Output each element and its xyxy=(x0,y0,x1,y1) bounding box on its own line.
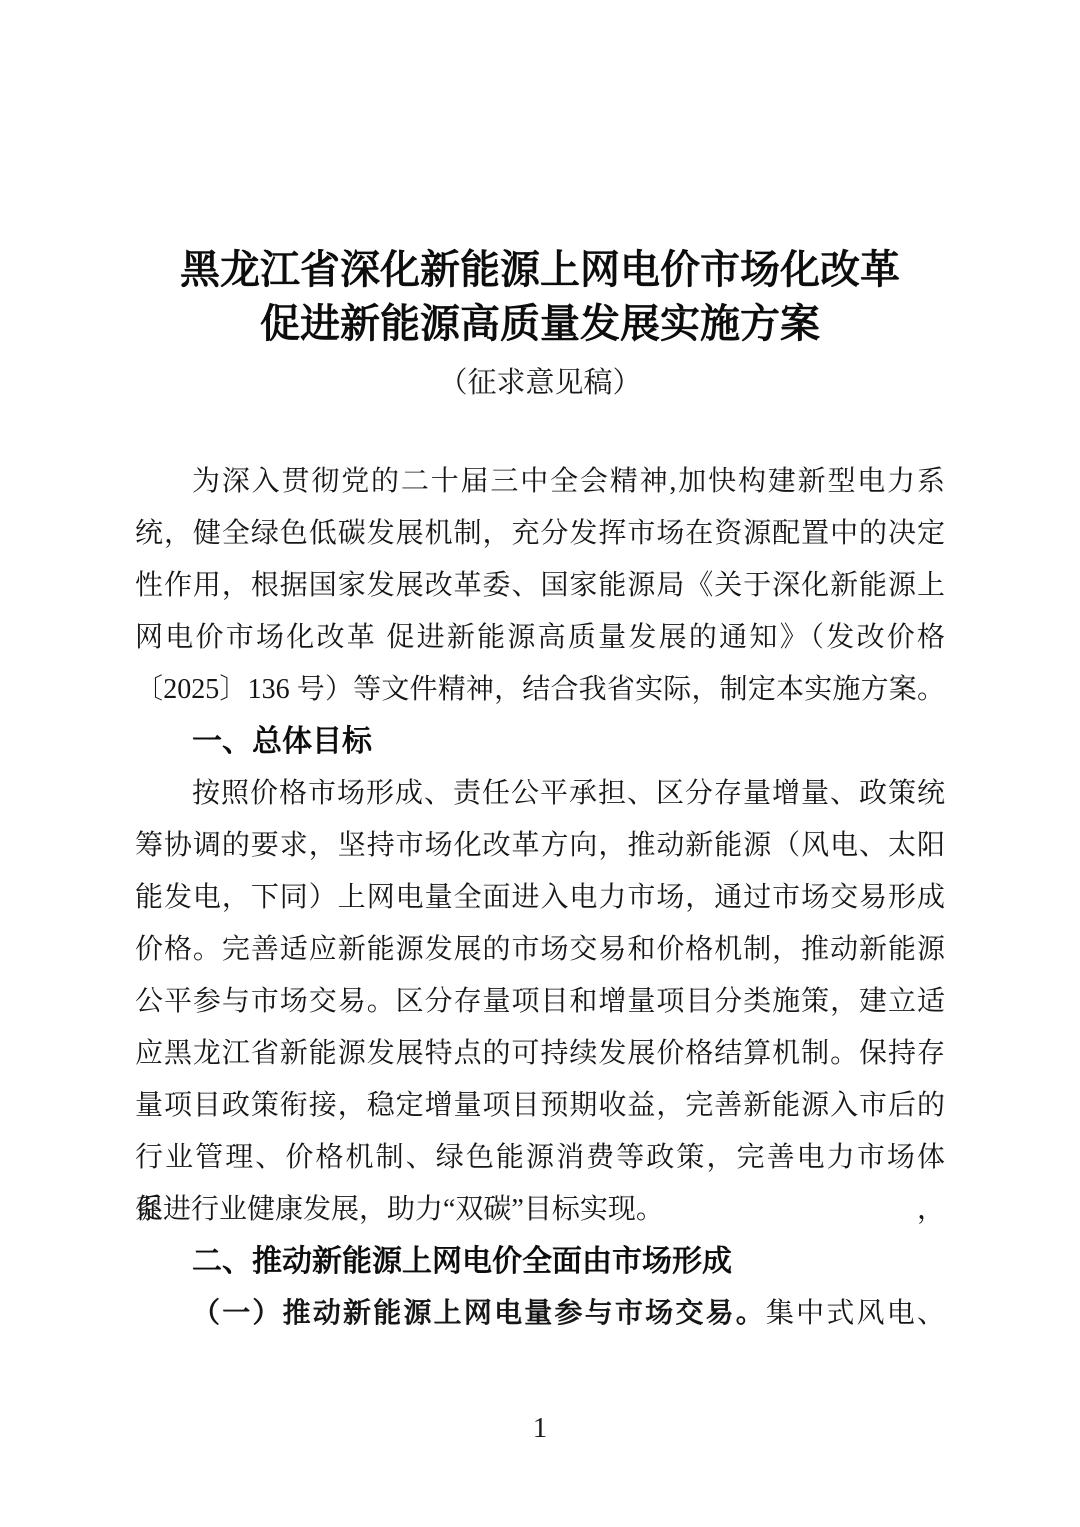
text-segment: 性作用，根据国家发展改革委、国家能源局《关于深化新能源上 xyxy=(135,570,945,601)
page-footer: 1 xyxy=(0,1408,1080,1448)
body-text-line: 行业管理、价格机制、绿色能源消费等政策，完善电力市场体系， xyxy=(135,1132,945,1184)
page-number: 1 xyxy=(533,1412,548,1444)
body-text-line: 应黑龙江省新能源发展特点的可持续发展价格结算机制。保持存 xyxy=(135,1028,945,1080)
body-text-line: 为深入贯彻党的二十届三中全会精神,加快构建新型电力系 xyxy=(135,456,945,508)
text-segment: 〔2025〕136 号）等文件精神，结合我省实际，制定本实施方案。 xyxy=(135,674,945,705)
text-segment: 促进行业健康发展，助力“双碳”目标实现。 xyxy=(135,1194,664,1225)
document-page: 黑龙江省深化新能源上网电价市场化改革 促进新能源高质量发展实施方案 （征求意见稿… xyxy=(0,0,1080,1527)
body-text-line: 〔2025〕136 号）等文件精神，结合我省实际，制定本实施方案。 xyxy=(135,664,945,716)
body-text-line: 公平参与市场交易。区分存量项目和增量项目分类施策，建立适 xyxy=(135,976,945,1028)
document-title-block: 黑龙江省深化新能源上网电价市场化改革 促进新能源高质量发展实施方案 （征求意见稿… xyxy=(0,243,1080,408)
text-segment: 网电价市场化改革 促进新能源高质量发展的通知》（发改价格 xyxy=(135,622,945,653)
document-title-line-1: 黑龙江省深化新能源上网电价市场化改革 xyxy=(0,243,1080,297)
section-heading: 一、总体目标 xyxy=(135,716,945,768)
body-text-line: 统，健全绿色低碳发展机制，充分发挥市场在资源配置中的决定 xyxy=(135,508,945,560)
document-subtitle: （征求意见稿） xyxy=(0,358,1080,408)
section-heading: 二、推动新能源上网电价全面由市场形成 xyxy=(135,1236,945,1288)
text-segment: 二、推动新能源上网电价全面由市场形成 xyxy=(192,1245,732,1278)
text-segment: 为深入贯彻党的二十届三中全会精神,加快构建新型电力系 xyxy=(192,466,945,497)
text-segment: 集中式风电、 xyxy=(766,1298,945,1329)
body-text-line: 性作用，根据国家发展改革委、国家能源局《关于深化新能源上 xyxy=(135,560,945,612)
text-segment: 量项目政策衔接，稳定增量项目预期收益，完善新能源入市后的 xyxy=(135,1090,945,1121)
text-segment: 一、总体目标 xyxy=(192,725,372,758)
text-segment: 公平参与市场交易。区分存量项目和增量项目分类施策，建立适 xyxy=(135,986,945,1017)
text-segment: 价格。完善适应新能源发展的市场交易和价格机制，推动新能源 xyxy=(135,934,945,965)
text-segment: 统，健全绿色低碳发展机制，充分发挥市场在资源配置中的决定 xyxy=(135,518,945,549)
document-body: 为深入贯彻党的二十届三中全会精神,加快构建新型电力系统，健全绿色低碳发展机制，充… xyxy=(135,456,945,1340)
text-segment: 筹协调的要求，坚持市场化改革方向，推动新能源（风电、太阳 xyxy=(135,830,945,861)
body-text-line: 能发电，下同）上网电量全面进入电力市场，通过市场交易形成 xyxy=(135,872,945,924)
text-segment: 能发电，下同）上网电量全面进入电力市场，通过市场交易形成 xyxy=(135,882,945,913)
text-segment: （一）推动新能源上网电量参与市场交易。 xyxy=(192,1298,766,1329)
body-text-line: （一）推动新能源上网电量参与市场交易。集中式风电、 xyxy=(135,1288,945,1340)
body-text-line: 价格。完善适应新能源发展的市场交易和价格机制，推动新能源 xyxy=(135,924,945,976)
text-segment: 应黑龙江省新能源发展特点的可持续发展价格结算机制。保持存 xyxy=(135,1038,945,1069)
body-text-line: 网电价市场化改革 促进新能源高质量发展的通知》（发改价格 xyxy=(135,612,945,664)
body-text-line: 量项目政策衔接，稳定增量项目预期收益，完善新能源入市后的 xyxy=(135,1080,945,1132)
document-title-line-2: 促进新能源高质量发展实施方案 xyxy=(0,297,1080,351)
body-text-line: 筹协调的要求，坚持市场化改革方向，推动新能源（风电、太阳 xyxy=(135,820,945,872)
body-text-line: 按照价格市场形成、责任公平承担、区分存量增量、政策统 xyxy=(135,768,945,820)
text-segment: 按照价格市场形成、责任公平承担、区分存量增量、政策统 xyxy=(192,778,945,809)
